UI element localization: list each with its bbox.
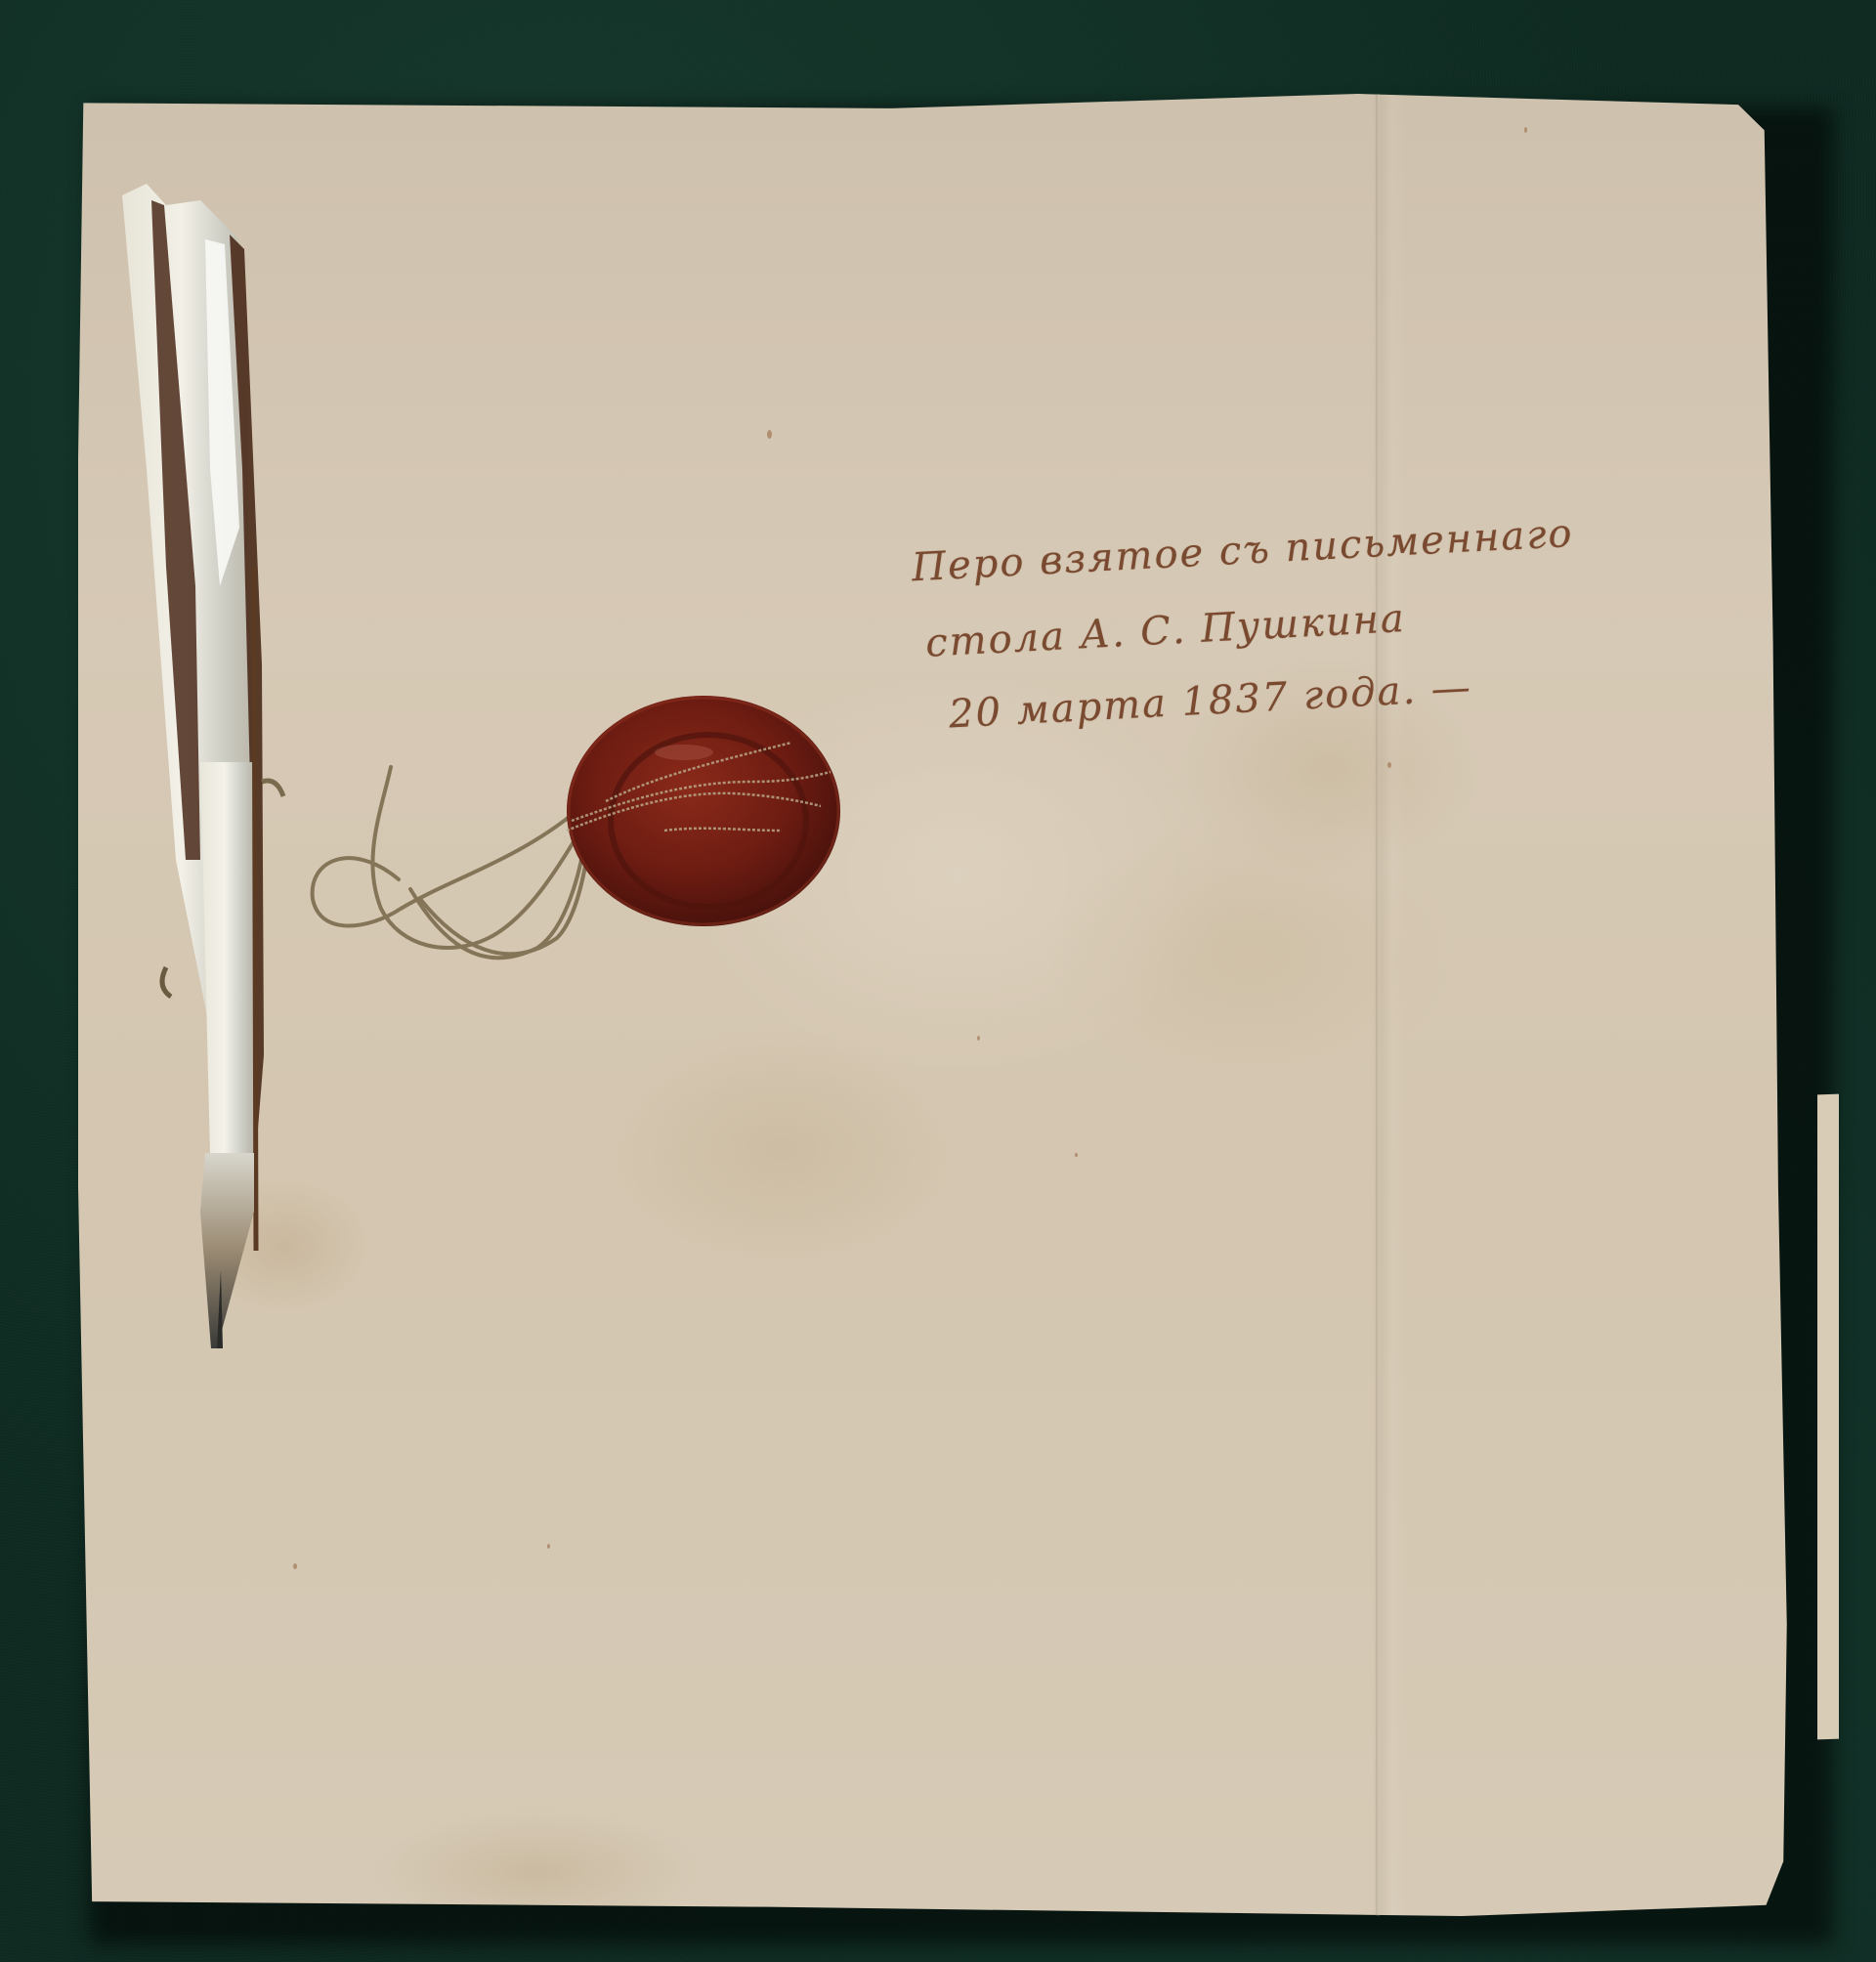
- paper-speck: [1524, 127, 1527, 133]
- wax-seal-icon: [557, 684, 850, 933]
- inscription-line-3: 20 марта 1837 года. —: [948, 665, 1473, 738]
- paper-speck: [547, 1544, 550, 1549]
- inscription-line-2: стола А. С. Пушкина: [924, 596, 1407, 666]
- aged-paper-packet: [78, 94, 1808, 1916]
- paper-speck: [1075, 1153, 1078, 1157]
- quill-pen-icon: [107, 176, 322, 1358]
- paper-inner-edge: [1817, 1094, 1839, 1740]
- paper-speck: [767, 430, 772, 439]
- handwritten-inscription: Перо взятое съ письменнаго стола А. С. П…: [879, 462, 1770, 762]
- paper-fold-line: [1376, 94, 1380, 1916]
- paper-speck: [293, 1563, 297, 1569]
- paper-speck: [1387, 762, 1391, 768]
- inscription-line-1: Перо взятое съ письменнаго: [911, 511, 1575, 590]
- paper-speck: [977, 1036, 980, 1041]
